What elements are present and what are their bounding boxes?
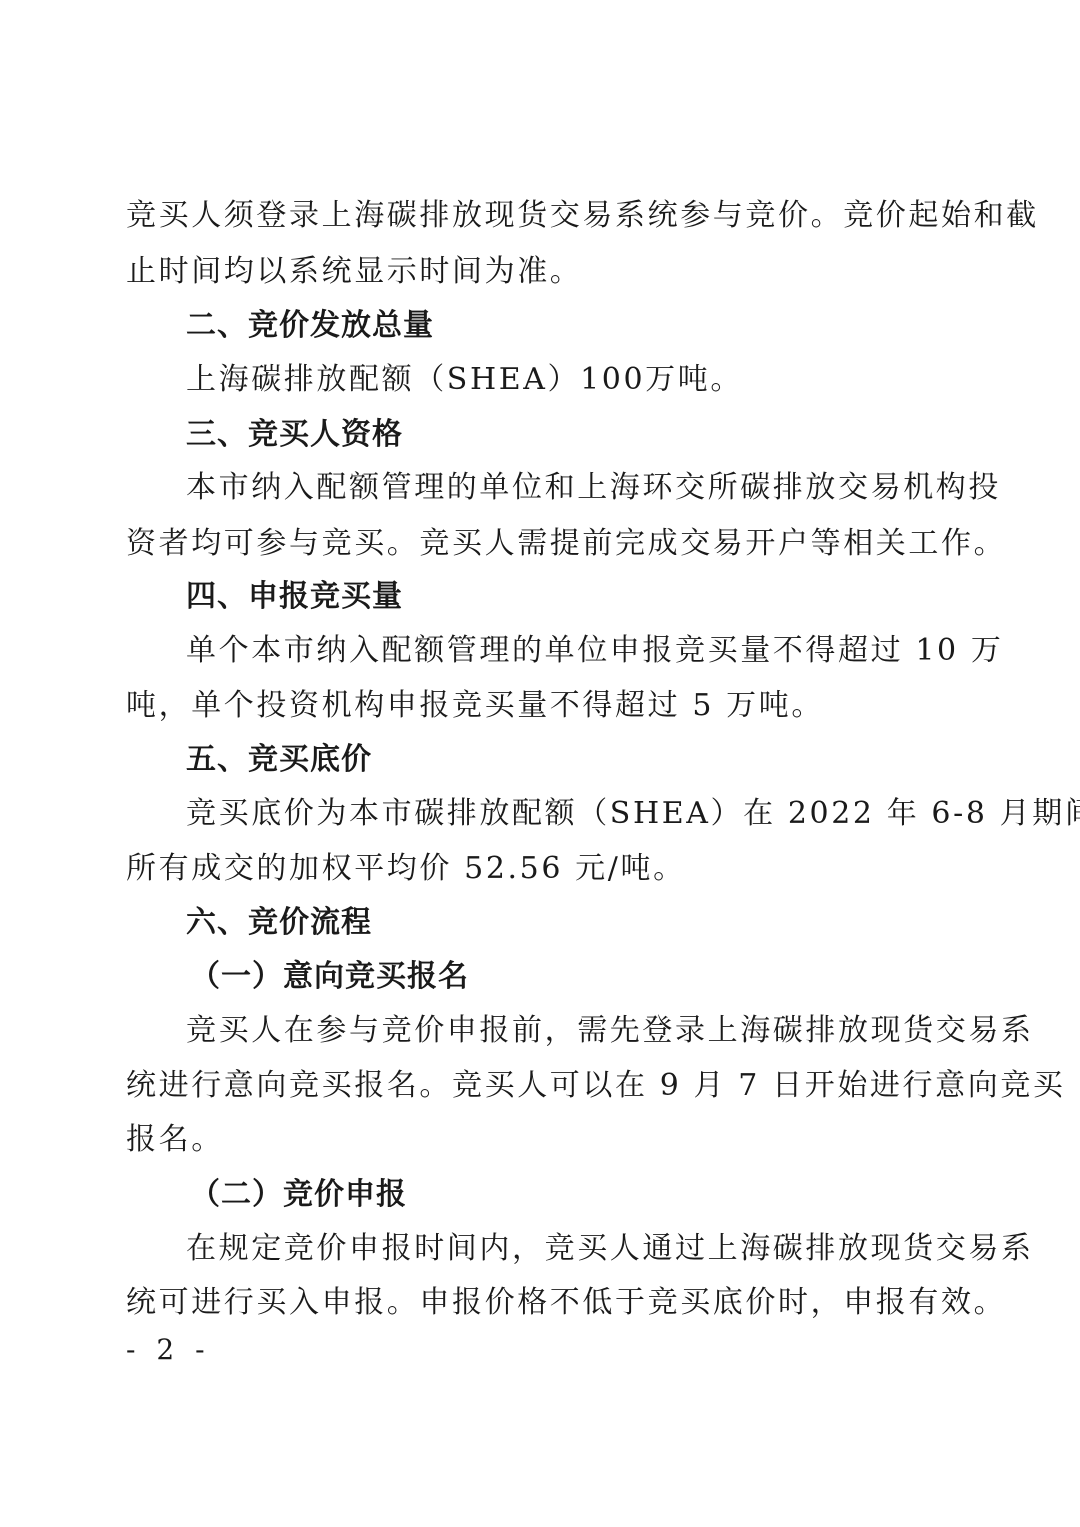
paragraph-7-line-1: 在规定竞价申报时间内，竞买人通过上海碳排放现货交易系 — [186, 1229, 932, 1269]
paragraph-2-line-1: 上海碳排放配额（SHEA）100万吨。 — [186, 360, 743, 400]
paragraph-6-line-1: 竞买人在参与竞价申报前，需先登录上海碳排放现货交易系 — [186, 1011, 932, 1051]
paragraph-6-line-2: 统进行意向竞买报名。竞买人可以在 9 月 7 日开始进行意向竞买 — [126, 1066, 932, 1106]
paragraph-6-line-3: 报名。 — [126, 1120, 224, 1160]
paragraph-5-line-1: 竞买底价为本市碳排放配额（SHEA）在 2022 年 6-8 月期间 — [186, 794, 932, 834]
paragraph-1-line-2: 止时间均以系统显示时间为准。 — [126, 252, 582, 292]
section-heading-bid-quantity: 四、申报竞买量 — [186, 577, 403, 617]
paragraph-3-line-2: 资者均可参与竞买。竞买人需提前完成交易开户等相关工作。 — [126, 524, 1006, 564]
subsection-heading-registration: （一）意向竞买报名 — [190, 957, 469, 997]
paragraph-4-line-1: 单个本市纳入配额管理的单位申报竞买量不得超过 10 万 — [186, 631, 932, 671]
paragraph-1-line-1: 竞买人须登录上海碳排放现货交易系统参与竞价。竞价起始和截 — [126, 196, 932, 236]
section-heading-reserve-price: 五、竞买底价 — [186, 740, 372, 780]
subsection-heading-bid-submission: （二）竞价申报 — [190, 1175, 407, 1215]
section-heading-total-volume: 二、竞价发放总量 — [186, 306, 434, 346]
paragraph-5-line-2: 所有成交的加权平均价 52.56 元/吨。 — [126, 849, 686, 889]
paragraph-7-line-2: 统可进行买入申报。申报价格不低于竞买底价时，申报有效。 — [126, 1283, 932, 1323]
page-number: - 2 - — [126, 1332, 211, 1368]
section-heading-bidding-process: 六、竞价流程 — [186, 903, 372, 943]
section-heading-bidder-qualification: 三、竞买人资格 — [186, 415, 403, 455]
paragraph-4-line-2: 吨，单个投资机构申报竞买量不得超过 5 万吨。 — [126, 686, 824, 726]
paragraph-3-line-1: 本市纳入配额管理的单位和上海环交所碳排放交易机构投 — [186, 468, 932, 508]
